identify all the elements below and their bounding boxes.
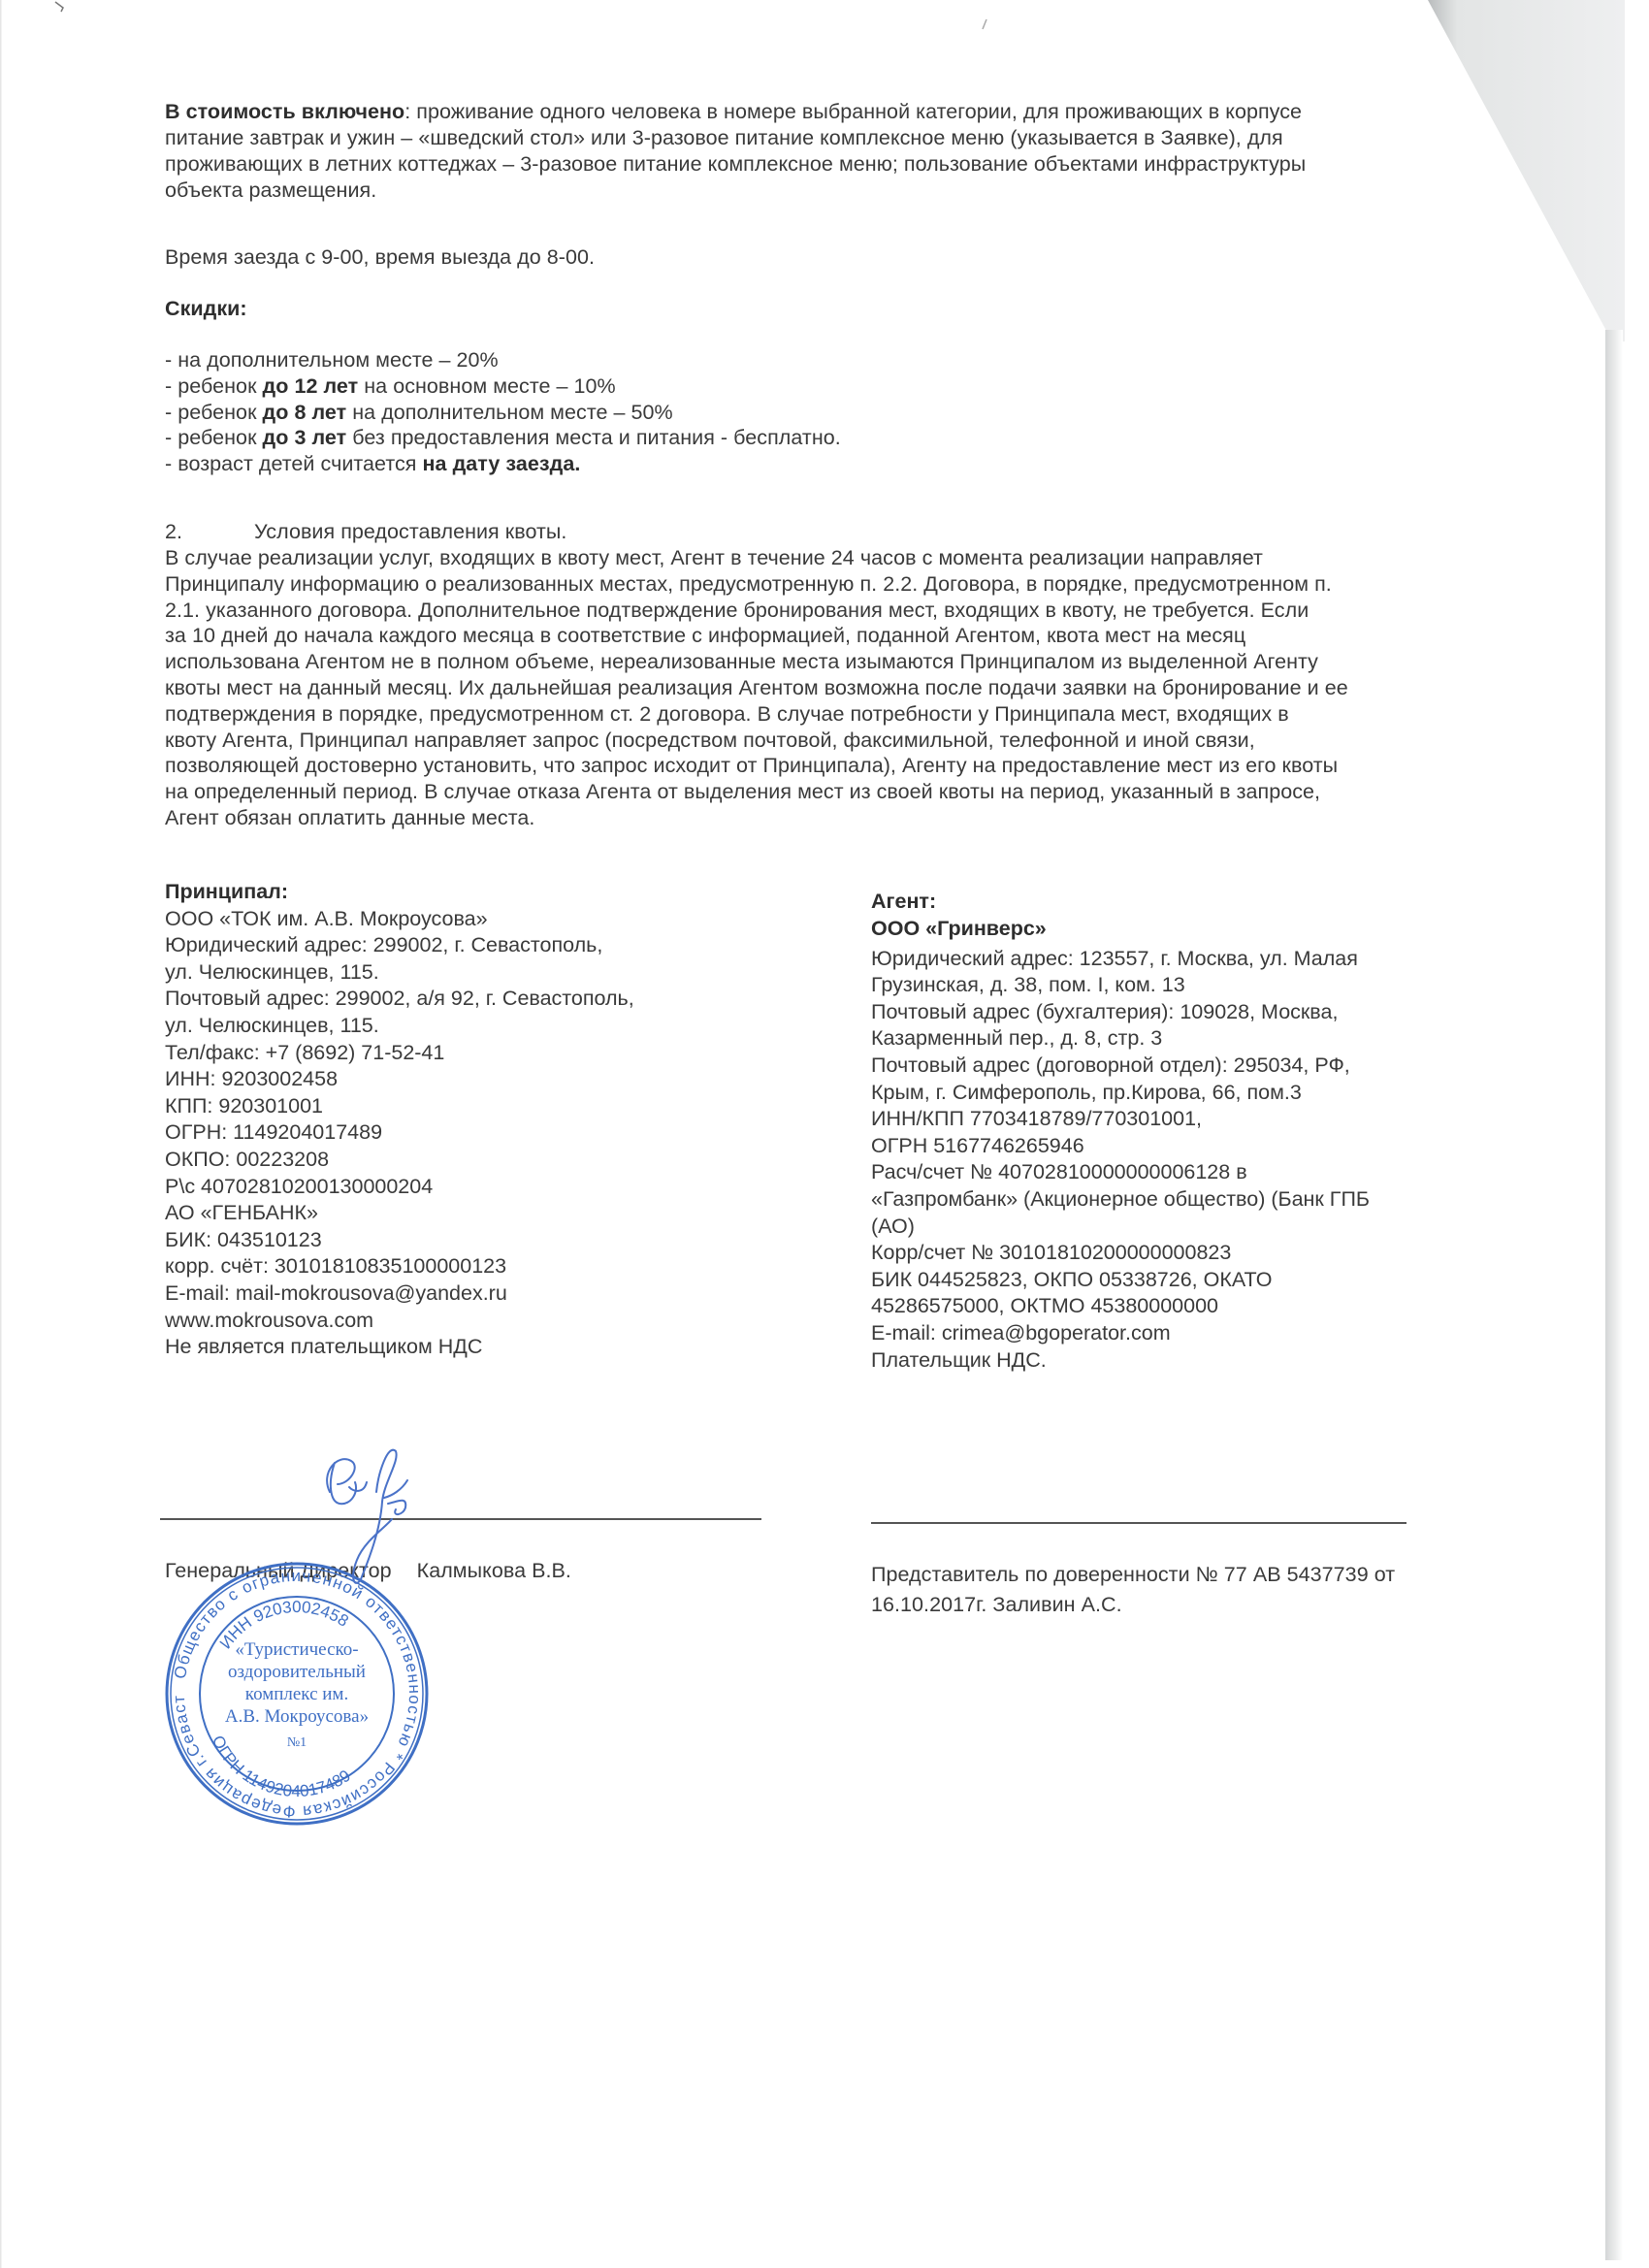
agent-line: Казарменный пер., д. 8, стр. 3 (871, 1025, 1370, 1053)
principal-line: КПП: 920301001 (165, 1093, 634, 1120)
included-line-4: объекта размещения. (165, 178, 376, 205)
section2-line: В случае реализации услуг, входящих в кв… (165, 545, 1263, 572)
included-label: В стоимость включено (165, 100, 404, 123)
discount-item: - ребенок до 3 лет без предоставления ме… (165, 425, 841, 452)
included-line-1: В стоимость включено: проживание одного … (165, 99, 1302, 126)
section2-line: за 10 дней до начала каждого месяца в со… (165, 623, 1245, 650)
principal-heading: Принципал: (165, 879, 634, 906)
discount-item: - на дополнительном месте – 20% (165, 347, 499, 374)
principal-line: ул. Челюскинцев, 115. (165, 1013, 634, 1040)
principal-line: Р\с 40702810200130000204 (165, 1174, 634, 1201)
agent-signatory-line-2: 16.10.2017г. Заливин А.С. (871, 1592, 1122, 1619)
section2-heading: 2.Условия предоставления квоты. (165, 519, 566, 546)
agent-signatory-line-1: Представитель по доверенности № 77 АВ 54… (871, 1562, 1395, 1589)
agent-line: Плательщик НДС. (871, 1347, 1370, 1375)
discounts-title: Скидки: (165, 296, 247, 323)
agent-line: Расч/счет № 40702810000000006128 в (871, 1159, 1370, 1186)
agent-line: Корр/счет № 30101810200000000823 (871, 1240, 1370, 1267)
agent-line: Почтовый адрес (договорной отдел): 29503… (871, 1053, 1370, 1080)
principal-signature-line (160, 1518, 761, 1520)
agent-line: Крым, г. Симферополь, пр.Кирова, 66, пом… (871, 1080, 1370, 1107)
agent-heading: Агент: (871, 889, 1370, 916)
discount-item: - возраст детей считается на дату заезда… (165, 451, 580, 478)
agent-line: ОГРН 5167746265946 (871, 1133, 1370, 1160)
section2-line: 2.1. указанного договора. Дополнительное… (165, 598, 1309, 625)
section2-line: на определенный период. В случае отказа … (165, 779, 1320, 806)
included-line-2: питание завтрак и ужин – «шведский стол»… (165, 125, 1283, 152)
agent-signature-line (871, 1522, 1406, 1524)
section2-line: позволяющей достоверно установить, что з… (165, 753, 1338, 780)
principal-line: E-mail: mail-mokrousova@yandex.ru (165, 1280, 634, 1308)
principal-line: АО «ГЕНБАНК» (165, 1200, 634, 1227)
principal-block: Принципал: ООО «ТОК им. А.В. Мокроусова»… (165, 879, 634, 932)
agent-line: 45286575000, ОКТМО 45380000000 (871, 1293, 1370, 1320)
agent-line: «Газпромбанк» (Акционерное общество) (Ба… (871, 1186, 1370, 1214)
agent-line: Почтовый адрес (бухгалтерия): 109028, Мо… (871, 999, 1370, 1026)
stamp-center-line: «Туристическо- (235, 1639, 358, 1660)
document-page: В стоимость включено: проживание одного … (0, 0, 1649, 2268)
scan-mark (980, 17, 989, 31)
agent-line: E-mail: crimea@bgoperator.com (871, 1320, 1370, 1347)
principal-signature (291, 1434, 456, 1589)
principal-line: Тел/факс: +7 (8692) 71-52-41 (165, 1040, 634, 1067)
section2-line: Агент обязан оплатить данные места. (165, 805, 534, 832)
scan-mark (53, 0, 73, 16)
section2-line: квоту Агента, Принципал направляет запро… (165, 728, 1255, 755)
checkin-times: Время заезда с 9-00, время выезда до 8-0… (165, 244, 595, 272)
principal-line: Юридический адрес: 299002, г. Севастопол… (165, 932, 634, 959)
stamp-center-line: комплекс им. (245, 1684, 348, 1704)
stamp-center-text: «Туристическо-оздоровительныйкомплекс им… (225, 1639, 369, 1727)
section2-title: Условия предоставления квоты. (254, 520, 566, 543)
principal-line: ОГРН: 1149204017489 (165, 1119, 634, 1147)
section2-number: 2. (165, 520, 182, 543)
discount-item: - ребенок до 12 лет на основном месте – … (165, 373, 616, 401)
principal-line: www.mokrousova.com (165, 1308, 634, 1335)
agent-line: БИК 044525823, ОКПО 05338726, ОКАТО (871, 1267, 1370, 1294)
agent-line: Грузинская, д. 38, пом. I, ком. 13 (871, 972, 1370, 999)
stamp-center-line: А.В. Мокроусова» (225, 1706, 369, 1727)
agent-line: ИНН/КПП 7703418789/770301001, (871, 1106, 1370, 1133)
section2-line: использована Агентом не в полном объеме,… (165, 649, 1318, 676)
principal-line: ИНН: 9203002458 (165, 1066, 634, 1093)
principal-line: ОКПО: 00223208 (165, 1147, 634, 1174)
principal-line: ул. Челюскинцев, 115. (165, 959, 634, 987)
section2-line: подтверждения в порядке, предусмотренном… (165, 701, 1289, 729)
agent-line: Юридический адрес: 123557, г. Москва, ул… (871, 946, 1370, 973)
stamp-center-line: оздоровительный (228, 1662, 366, 1682)
principal-line: ООО «ТОК им. А.В. Мокроусова» (165, 906, 634, 933)
discount-item: - ребенок до 8 лет на дополнительном мес… (165, 400, 673, 427)
principal-line: Почтовый адрес: 299002, а/я 92, г. Севас… (165, 986, 634, 1013)
principal-line: БИК: 043510123 (165, 1227, 634, 1254)
company-stamp: Общество с ограниченной ответственностью… (163, 1560, 431, 1828)
agent-line: (АО) (871, 1214, 1370, 1241)
agent-name: ООО «Гринверс» (871, 916, 1370, 946)
included-line-3: проживающих в летних коттеджах – 3-разов… (165, 151, 1306, 178)
principal-line: Не является плательщиком НДС (165, 1334, 634, 1361)
section2-line: Принципалу информацию о реализованных ме… (165, 571, 1332, 599)
stamp-number: №1 (287, 1735, 307, 1750)
section2-line: квоты мест на данный месяц. Их дальнейша… (165, 675, 1348, 702)
agent-block: Агент: ООО «Гринверс» Юридический адрес:… (871, 889, 1370, 972)
principal-line: корр. счёт: 30101810835100000123 (165, 1253, 634, 1280)
